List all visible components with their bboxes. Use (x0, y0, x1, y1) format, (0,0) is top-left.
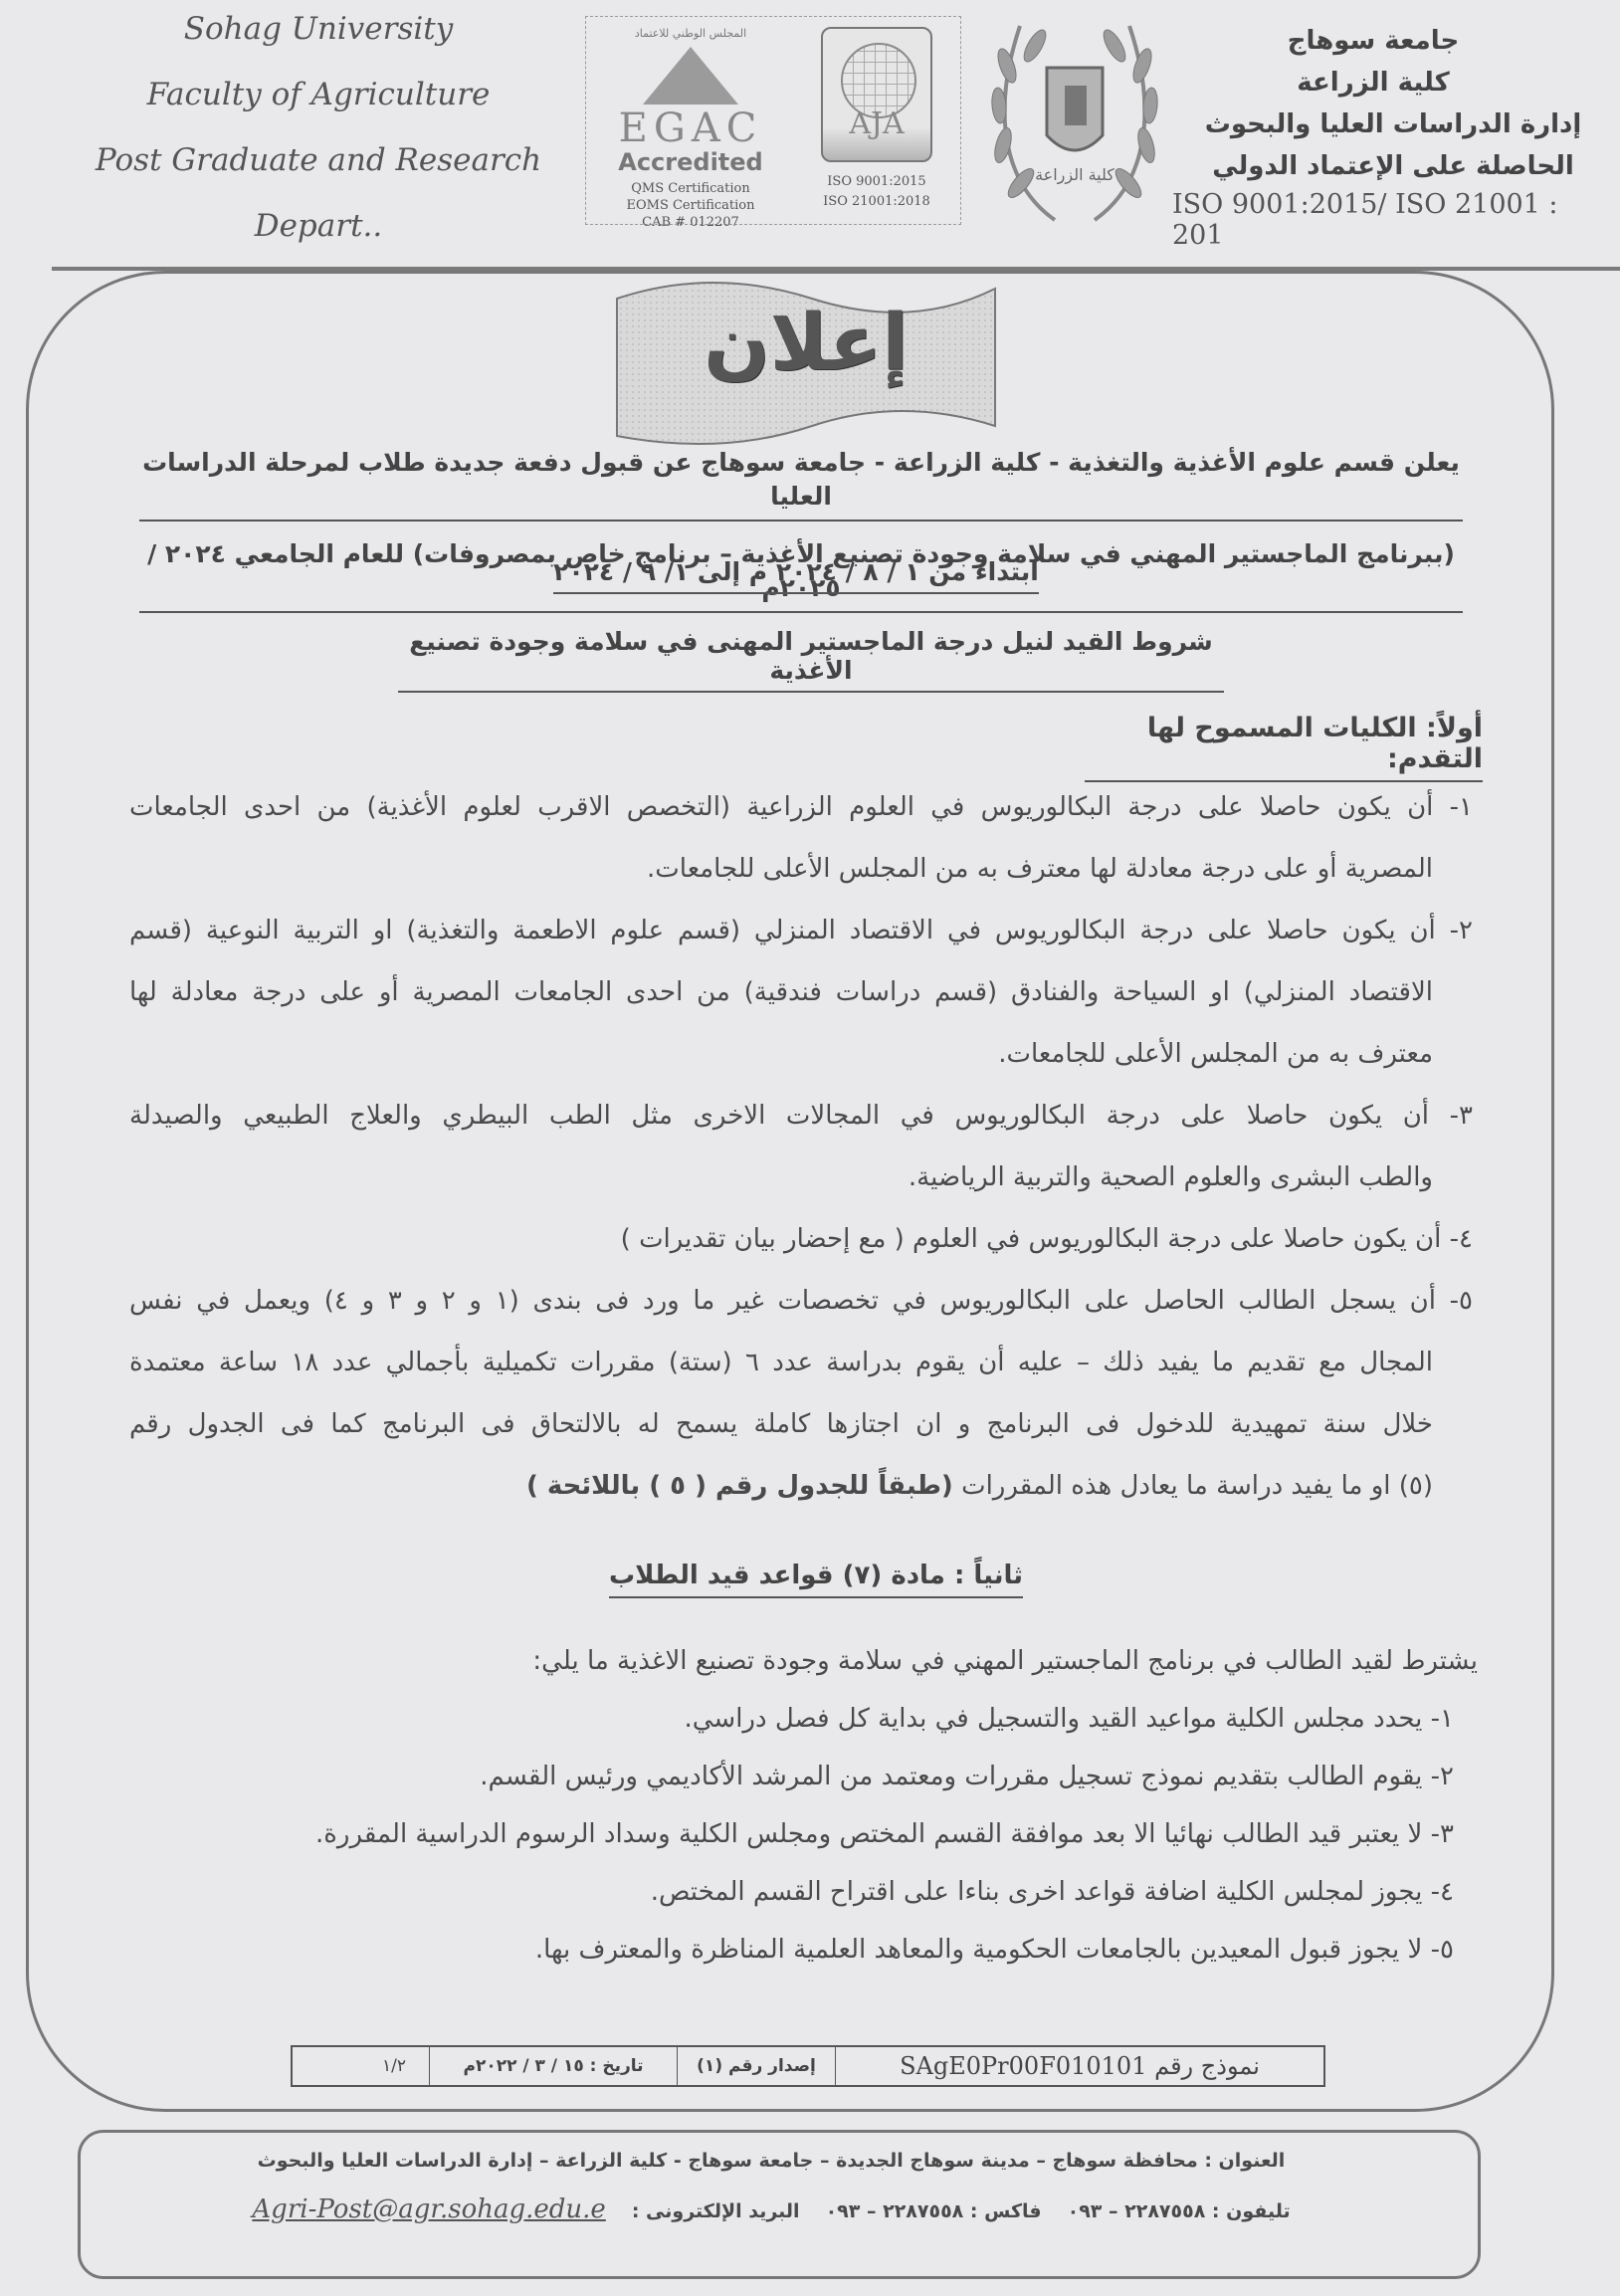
aja-logo: AJA ISO 9001:2015 ISO 21001:2018 (807, 27, 946, 212)
university-name-en: Sohag University (40, 0, 597, 62)
list-item-5-cont-3: (٥) او ما يفيد دراسة ما يعادل هذه المقرر… (129, 1455, 1473, 1517)
faculty-emblem: كلية الزراعة (985, 6, 1164, 235)
list-item-3-cont: والطب البشرى والعلوم الصحية والتربية الر… (129, 1147, 1473, 1208)
footer-phone: تليفون : ٢٢٨٧٥٥٨ – ٠٩٣ (1068, 2200, 1291, 2222)
department-name-ar: إدارة الدراسات العليا والبحوث (1194, 104, 1592, 145)
rule-item-1: ١- يحدد مجلس الكلية مواعيد القيد والتسجي… (239, 1690, 1478, 1748)
banner-title: إعلان (613, 299, 999, 388)
faculty-name-en: Faculty of Agriculture (40, 62, 597, 127)
rule-item-5: ٥- لا يجوز قبول المعيدين بالجامعات الحكو… (239, 1921, 1478, 1979)
egac-logo: المجلس الوطني للاعتماد EGAC Accredited Q… (606, 27, 775, 231)
footer-email-label: البريد الإلكترونى : (632, 2200, 800, 2222)
list-item-5-cont-1: المجال مع تقديم ما يفيد ذلك – عليه أن يق… (129, 1332, 1473, 1393)
form-page-number: ١/٢ (359, 2047, 429, 2085)
department-name-en: Post Graduate and Research Depart.. (40, 127, 597, 259)
iso-line: ISO 9001:2015/ ISO 21001 : 201 (1172, 189, 1592, 251)
section1-title-text: أولاً: الكليات المسموح لها التقدم: (1085, 713, 1483, 782)
form-date: تاريخ : ١٥ / ٣ / ٢٠٢٢م (429, 2047, 677, 2085)
laurel-wreath-icon: كلية الزراعة (985, 6, 1164, 235)
list-item-3: ٣- أن يكون حاصلا على درجة البكالوريوس في… (129, 1085, 1473, 1147)
accreditation-logos: المجلس الوطني للاعتماد EGAC Accredited Q… (585, 16, 961, 225)
section2-title: ثانياً : مادة (٧) قواعد قيد الطلاب (517, 1561, 1114, 1598)
list-item-5: ٥- أن يسجل الطالب الحاصل على البكالوريوس… (129, 1270, 1473, 1332)
form-reference-table: نموذج رقم SAgE0Pr00F010101 إصدار رقم (١)… (291, 2045, 1325, 2087)
list-item-2-cont-1: الاقتصاد المنزلي) او السياحة والفنادق (ق… (129, 961, 1473, 1023)
egac-arabic-arc: المجلس الوطني للاعتماد (606, 27, 775, 47)
university-name-ar: جامعة سوهاج (1194, 20, 1592, 62)
egac-accredited: Accredited (606, 148, 775, 176)
section1-title: أولاً: الكليات المسموح لها التقدم: (1085, 713, 1483, 782)
header-arabic: جامعة سوهاج كلية الزراعة إدارة الدراسات … (1194, 20, 1592, 251)
conditions-title-text: شروط القيد لنيل درجة الماجستير المهنى في… (398, 627, 1224, 693)
list-item-2: ٢- أن يكون حاصلا على درجة البكالوريوس في… (129, 900, 1473, 961)
footer-fax: فاكس : ٢٢٨٧٥٥٨ – ٠٩٣ (826, 2200, 1042, 2222)
dates-text: ابتداء من ١ / ٨ / ٢٠٢٤ م إلى ١/ ٩ / ٢٠٢٤ (553, 557, 1039, 594)
egac-cert-eoms: EOMS Certification (606, 197, 775, 214)
footer-email-link[interactable]: Agri-Post@agr.sohag.edu.e (252, 2194, 605, 2224)
list-item-2-cont-2: معترف به من المجلس الأعلى للجامعات. (129, 1023, 1473, 1085)
emblem-caption: كلية الزراعة (1035, 165, 1114, 185)
egac-cab: CAB # 012207 (606, 214, 775, 231)
list-item-5-cont-2: خلال سنة تمهيدية للدخول فى البرنامج و ان… (129, 1393, 1473, 1455)
faculty-name-ar: كلية الزراعة (1194, 62, 1592, 104)
mountain-icon (643, 47, 738, 104)
form-model-number: نموذج رقم SAgE0Pr00F010101 (835, 2047, 1323, 2085)
aja-tile: AJA (821, 27, 932, 162)
footer-address: العنوان : محافظة سوهاج – مدينة سوهاج الج… (199, 2150, 1343, 2172)
footer-contact: تليفون : ٢٢٨٧٥٥٨ – ٠٩٣ فاكس : ٢٢٨٧٥٥٨ – … (199, 2194, 1343, 2224)
list-item-1: ١- أن يكون حاصلا على درجة البكالوريوس في… (129, 776, 1473, 838)
section2-title-text: ثانياً : مادة (٧) قواعد قيد الطلاب (609, 1561, 1023, 1598)
aja-iso-9001: ISO 9001:2015 (807, 172, 946, 192)
announcement-line-1: يعلن قسم علوم الأغذية والتغذية - كلية ال… (139, 446, 1463, 522)
list-item-4: ٤- أن يكون حاصلا على درجة البكالوريوس في… (129, 1208, 1473, 1270)
form-issue-number: إصدار رقم (١) (677, 2047, 835, 2085)
enrollment-rules: يشترط لقيد الطالب في برنامج الماجستير ال… (239, 1632, 1478, 1979)
aja-name: AJA (823, 106, 930, 141)
egac-name: EGAC (606, 108, 775, 148)
egac-cert-qms: QMS Certification (606, 180, 775, 197)
aja-iso-21001: ISO 21001:2018 (807, 192, 946, 212)
conditions-title: شروط القيد لنيل درجة الماجستير المهنى في… (398, 627, 1224, 693)
rule-item-4: ٤- يجوز لمجلس الكلية اضافة قواعد اخرى بن… (239, 1863, 1478, 1921)
announcement: يعلن قسم علوم الأغذية والتغذية - كلية ال… (139, 446, 1463, 629)
header-english: Sohag University Faculty of Agriculture … (40, 0, 597, 259)
application-dates: ابتداء من ١ / ٨ / ٢٠٢٤ م إلى ١/ ٩ / ٢٠٢٤ (478, 557, 1114, 594)
list-item-1-cont: المصرية أو على درجة معادلة لها معترف به … (129, 838, 1473, 900)
eligible-faculties-list: ١- أن يكون حاصلا على درجة البكالوريوس في… (129, 776, 1473, 1517)
accreditation-note-ar: الحاصلة على الإعتماد الدولي (1194, 145, 1592, 187)
list-item-5-last-bold: (طبقاً للجدول رقم ( ٥ ) باللائحة ) (526, 1471, 953, 1501)
rules-intro: يشترط لقيد الطالب في برنامج الماجستير ال… (239, 1632, 1478, 1690)
list-item-5-last-plain: (٥) او ما يفيد دراسة ما يعادل هذه المقرر… (953, 1471, 1433, 1501)
rule-item-3: ٣- لا يعتبر قيد الطالب نهائيا الا بعد مو… (239, 1805, 1478, 1863)
rule-item-2: ٢- يقوم الطالب بتقديم نموذج تسجيل مقررات… (239, 1748, 1478, 1805)
